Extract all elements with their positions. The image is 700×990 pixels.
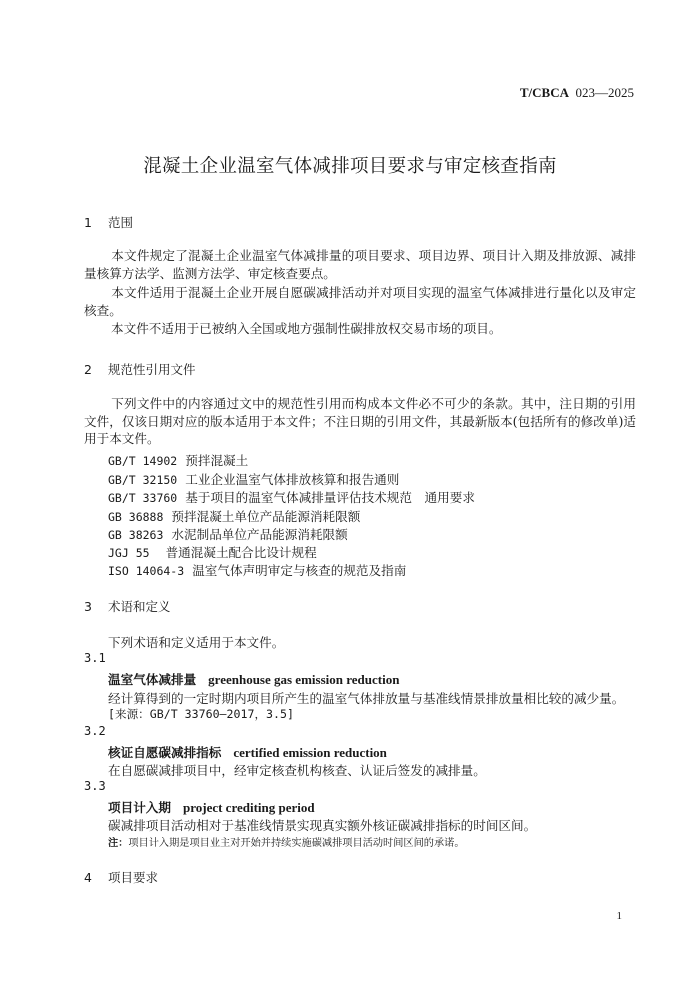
term-definition: 经计算得到的一定时期内项目所产生的温室气体排放量与基准线情景排放量相比较的减少量… xyxy=(108,688,624,707)
section-title: 范围 xyxy=(108,215,133,230)
paragraph: 本文件适用于混凝土企业开展自愿碳减排活动并对项目实现的温室气体减排进行量化以及审… xyxy=(84,284,636,319)
section-intro: 下列术语和定义适用于本文件。 xyxy=(108,632,284,651)
term-heading: 项目计入期project crediting period xyxy=(108,797,315,816)
term-heading: 核证自愿碳减排指标certified emission reduction xyxy=(108,742,387,761)
section-number: 1 xyxy=(84,215,104,230)
paragraph: 本文件规定了混凝土企业温室气体减排量的项目要求、项目边界、项目计入期及排放源、减… xyxy=(84,247,636,282)
section-number: 4 xyxy=(84,870,104,885)
document-page: T/CBCA 023—2025 混凝土企业温室气体减排项目要求与审定核查指南 1… xyxy=(0,0,700,990)
term-number: 3.2 xyxy=(84,724,106,738)
section-title: 术语和定义 xyxy=(108,599,171,614)
term-number: 3.3 xyxy=(84,779,106,793)
document-title: 混凝土企业温室气体减排项目要求与审定核查指南 xyxy=(0,152,700,178)
reference-item: GB/T 32150 工业企业温室气体排放核算和报告通则 xyxy=(108,469,399,488)
standard-number: 023—2025 xyxy=(576,85,635,100)
standard-prefix: T/CBCA xyxy=(520,85,569,100)
paragraph: 下列文件中的内容通过文中的规范性引用而构成本文件必不可少的条款。其中，注日期的引… xyxy=(84,395,636,448)
standard-code: T/CBCA 023—2025 xyxy=(520,85,634,101)
page-number: 1 xyxy=(617,910,623,922)
reference-item: GB/T 14902 预拌混凝土 xyxy=(108,450,248,469)
section-heading-1: 1 范围 xyxy=(84,213,133,231)
reference-item: GB 36888 预拌混凝土单位产品能源消耗限额 xyxy=(108,506,360,525)
section-heading-3: 3 术语和定义 xyxy=(84,597,171,615)
section-heading-2: 2 规范性引用文件 xyxy=(84,360,196,378)
reference-item: GB 38263 水泥制品单位产品能源消耗限额 xyxy=(108,524,348,543)
term-heading: 温室气体减排量greenhouse gas emission reduction xyxy=(108,669,399,688)
reference-item: ISO 14064-3 温室气体声明审定与核查的规范及指南 xyxy=(108,560,406,579)
section-heading-4: 4 项目要求 xyxy=(84,868,158,886)
reference-item: JGJ 55 普通混凝土配合比设计规程 xyxy=(108,542,317,561)
section-title: 项目要求 xyxy=(108,870,158,885)
term-number: 3.1 xyxy=(84,651,106,665)
term-note: 注：项目计入期是项目业主对开始并持续实施碳减排项目活动时间区间的承诺。 xyxy=(108,834,465,849)
section-number: 3 xyxy=(84,599,104,614)
reference-item: GB/T 33760 基于项目的温室气体减排量评估技术规范 通用要求 xyxy=(108,487,475,506)
section-number: 2 xyxy=(84,362,104,377)
term-definition: 在自愿碳减排项目中，经审定核查机构核查、认证后签发的减排量。 xyxy=(108,760,486,779)
term-definition: 碳减排项目活动相对于基准线情景实现真实额外核证碳减排指标的时间区间。 xyxy=(108,815,536,834)
term-source: [来源：GB/T 33760—2017，3.5] xyxy=(108,706,294,722)
paragraph: 本文件不适用于已被纳入全国或地方强制性碳排放权交易市场的项目。 xyxy=(84,320,636,338)
section-title: 规范性引用文件 xyxy=(108,362,196,377)
